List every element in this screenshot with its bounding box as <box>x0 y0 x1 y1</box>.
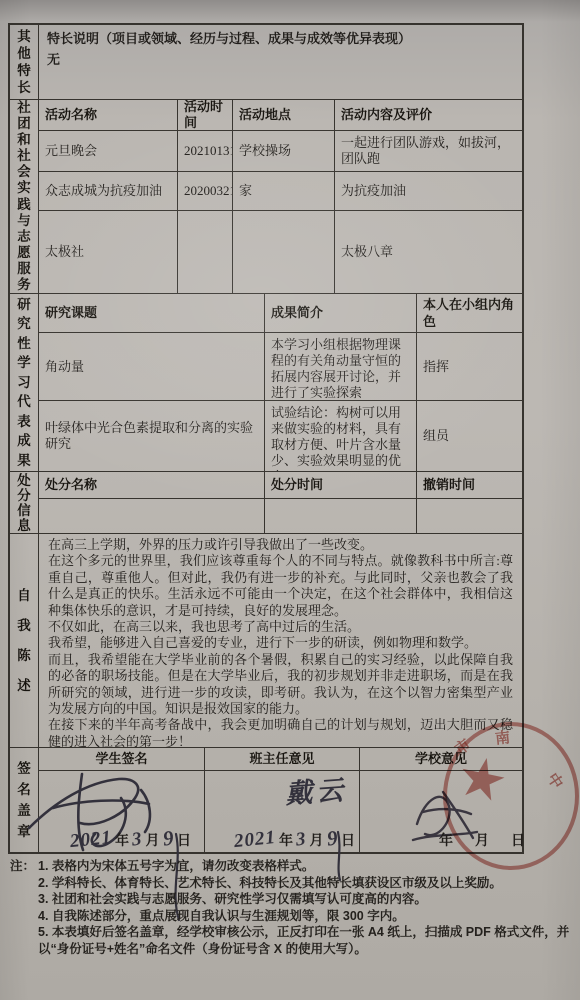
column-header: 活动时间 <box>177 100 232 130</box>
table-cell-empty <box>264 498 416 533</box>
other-specialty-cell: 特长说明（项目或领域、经历与过程、成果与成效等优异表现） 无 <box>39 25 522 99</box>
table-cell: 叶绿体中光合色素提取和分离的实验研究 <box>39 400 264 471</box>
column-header: 活动名称 <box>39 100 177 130</box>
section-label-research: 研究性学习代表成果 <box>10 294 39 471</box>
table-cell: 太极社 <box>39 210 177 293</box>
column-header: 学校意见 <box>359 748 522 770</box>
section-self-statement: 自我陈述 在高三上学期，外界的压力或许引导我做出了一些改变。 在这个多元的世界里… <box>10 533 522 747</box>
statement-paragraph: 在这个多元的世界里，我们应该尊重每个人的不同与特点。就像教科书中所言:尊重自己，… <box>48 553 513 619</box>
student-record-table: 其他特长 特长说明（项目或领域、经历与过程、成果与成效等优异表现） 无 社团和社… <box>8 23 524 854</box>
school-signature-cell <box>359 770 522 852</box>
table-cell: 组员 <box>416 400 522 471</box>
table-cell: 元旦晚会 <box>39 130 177 171</box>
section-activities: 社团和社会实践与志愿服务 活动名称 活动时间 活动地点 活动内容及评价 元旦晚会… <box>10 99 522 293</box>
column-header: 活动地点 <box>232 100 334 130</box>
scanned-form-page: 其他特长 特长说明（项目或领域、经历与过程、成果与成效等优异表现） 无 社团和社… <box>0 0 580 1000</box>
column-header: 处分时间 <box>264 472 416 498</box>
table-cell: 角动量 <box>39 332 264 400</box>
footnote-item: 1. 表格内为宋体五号字为宜，请勿改变表格样式。 <box>38 858 314 875</box>
discipline-table: 处分名称 处分时间 撤销时间 <box>39 472 522 533</box>
statement-paragraph: 不仅如此，在高三以来，我也思考了高中过后的生活。 <box>48 619 513 635</box>
seal-character: 中 <box>543 768 569 792</box>
table-cell: 众志成城为抗疫加油 <box>39 171 177 210</box>
table-cell: 本学习小组根据物理课程的有关角动量守恒的拓展内容展开讨论，并进行了实验探索 <box>264 332 416 400</box>
section-discipline: 处分信息 处分名称 处分时间 撤销时间 <box>10 471 522 533</box>
section-label-activities: 社团和社会实践与志愿服务 <box>10 100 39 293</box>
table-cell: 太极八章 <box>334 210 522 293</box>
column-header: 撤销时间 <box>416 472 522 498</box>
table-cell: 指挥 <box>416 332 522 400</box>
section-label-discipline: 处分信息 <box>10 472 39 533</box>
footnote-item: 3. 社团和社会实践与志愿服务、研究性学习仅需填写认可度高的内容。 <box>38 891 570 908</box>
column-header: 成果简介 <box>264 294 416 332</box>
table-cell: 学校操场 <box>232 130 334 171</box>
student-signature-cell <box>39 770 204 852</box>
table-cell: 一起进行团队游戏，如拔河，团队跑 <box>334 130 522 171</box>
section-signatures: 签名盖章 学生签名 班主任意见 学校意见 <box>10 747 522 852</box>
statement-paragraph: 在接下来的半年高考备战中，我会更加明确自己的计划与规划，迈出大胆而又稳健的进入社… <box>48 717 513 750</box>
section-label-self-statement: 自我陈述 <box>10 534 39 747</box>
table-cell: 家 <box>232 171 334 210</box>
table-cell: 20200321 <box>177 171 232 210</box>
other-specialty-caption: 特长说明（项目或领域、经历与过程、成果与成效等优异表现） <box>47 30 514 47</box>
statement-paragraph: 而且，我希望能在大学毕业前的各个暑假，积累自己的实习经验，以此保障自我的必备的职… <box>48 652 513 718</box>
footnote-prefix: 注： <box>10 858 38 875</box>
table-cell: 试验结论：构树可以用来做实验的材料，具有取材方便、叶片含水量少、实验效果明显的优… <box>264 400 416 471</box>
section-research: 研究性学习代表成果 研究课题 成果简介 本人在小组内角色 角动量 本学习小组根据… <box>10 293 522 471</box>
signatures-table: 学生签名 班主任意见 学校意见 <box>39 748 522 852</box>
footnote-item: 5. 本表填好后签名盖章，经学校审核公示，正反打印在一张 A4 纸上，扫描成 P… <box>38 924 570 957</box>
table-cell: 为抗疫加油 <box>334 171 522 210</box>
table-cell <box>232 210 334 293</box>
table-cell-empty <box>39 498 264 533</box>
footnote-item: 2. 学科特长、体育特长、艺术特长、科技特长及其他特长填获设区市级及以上奖励。 <box>38 875 570 892</box>
self-statement-text: 在高三上学期，外界的压力或许引导我做出了一些改变。 在这个多元的世界里，我们应该… <box>39 534 522 747</box>
table-cell-empty <box>416 498 522 533</box>
column-header: 研究课题 <box>39 294 264 332</box>
section-label-signatures: 签名盖章 <box>10 748 39 852</box>
section-label-other-specialty: 其他特长 <box>10 25 39 99</box>
section-other-specialty: 其他特长 特长说明（项目或领域、经历与过程、成果与成效等优异表现） 无 <box>10 25 522 99</box>
column-header: 本人在小组内角色 <box>416 294 522 332</box>
footnotes: 注： 1. 表格内为宋体五号字为宜，请勿改变表格样式。 2. 学科特长、体育特长… <box>10 858 570 958</box>
column-header: 学生签名 <box>39 748 204 770</box>
column-header: 处分名称 <box>39 472 264 498</box>
research-table: 研究课题 成果简介 本人在小组内角色 角动量 本学习小组根据物理课程的有关角动量… <box>39 294 522 471</box>
table-cell: 20210131 <box>177 130 232 171</box>
statement-paragraph: 我希望，能够进入自己喜爱的专业，进行下一步的研读，例如物理和数学。 <box>48 635 513 651</box>
table-cell <box>177 210 232 293</box>
statement-paragraph: 在高三上学期，外界的压力或许引导我做出了一些改变。 <box>48 537 513 553</box>
footnote-line: 注： 1. 表格内为宋体五号字为宜，请勿改变表格样式。 <box>10 858 570 875</box>
footnote-item: 4. 自我陈述部分，重点展现自我认识与生涯规划等，限 300 字内。 <box>38 908 570 925</box>
teacher-signature-cell <box>204 770 359 852</box>
column-header: 活动内容及评价 <box>334 100 522 130</box>
column-header: 班主任意见 <box>204 748 359 770</box>
other-specialty-value: 无 <box>47 51 514 68</box>
activities-table: 活动名称 活动时间 活动地点 活动内容及评价 元旦晚会 20210131 学校操… <box>39 100 522 293</box>
